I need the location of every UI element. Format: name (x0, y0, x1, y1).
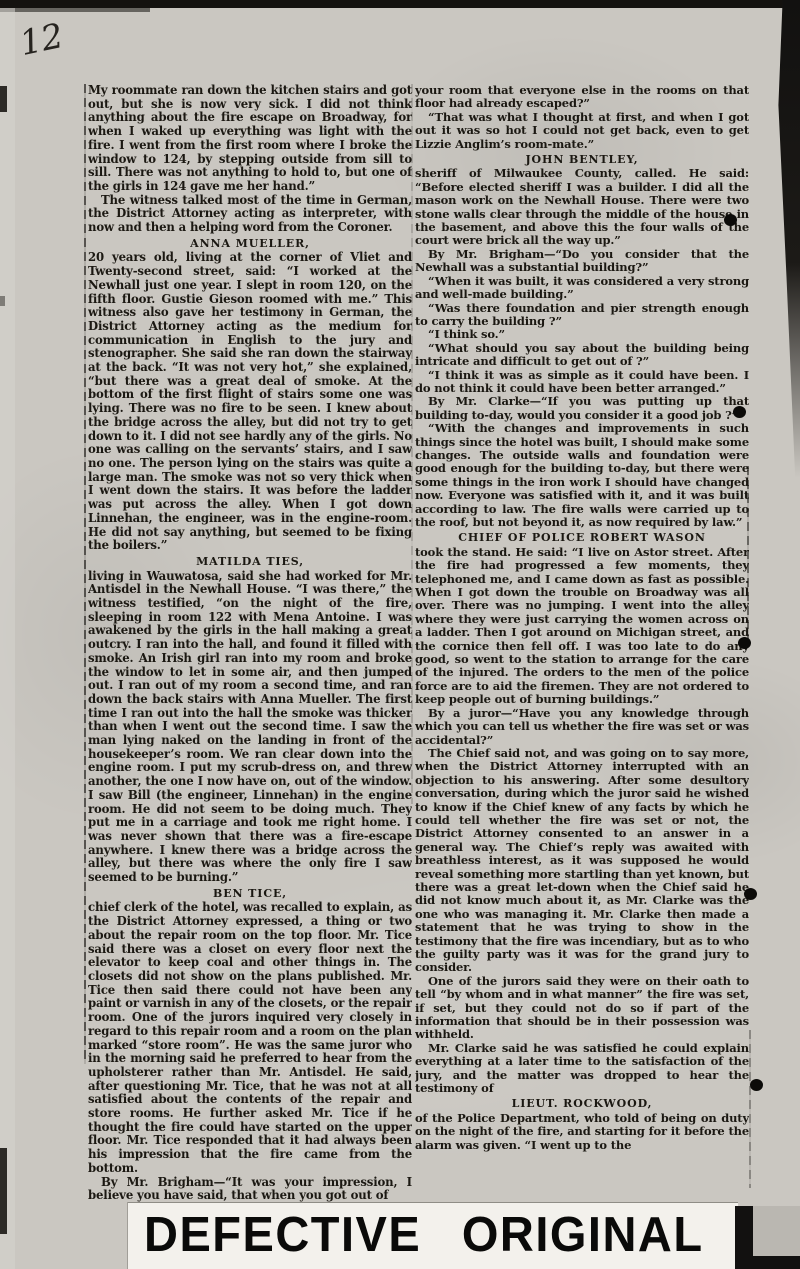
ink-dot (738, 637, 751, 649)
handwritten-page-number: 12 (16, 16, 67, 64)
scanned-newspaper-page: 12 My roommate ran down the kitchen stai… (0, 0, 800, 1269)
scan-corner-patch (753, 1206, 800, 1256)
section-heading-anna-mueller: ANNA MUELLER, (88, 237, 412, 251)
column-rule-right-lower (749, 1030, 751, 1188)
ink-dot (744, 888, 757, 900)
paragraph: chief clerk of the hotel, was recalled t… (88, 901, 412, 1175)
right-column: your room that everyone else in the room… (415, 84, 749, 1194)
banner-stamp-text: DEFECTIVE ORIGINAL (144, 1205, 704, 1263)
paragraph: By a juror—“Have you any knowledge throu… (415, 707, 749, 747)
paragraph: living in Wauwatosa, said she had worked… (88, 570, 412, 885)
paragraph: “With the changes and improvements in su… (415, 422, 749, 529)
paragraph: “What should you say about the building … (415, 342, 749, 369)
column-rule-left (84, 84, 86, 1064)
paragraph: took the stand. He said: “I live on Asto… (415, 546, 749, 707)
paragraph: By Mr. Brigham—“Do you consider that the… (415, 248, 749, 275)
defective-original-banner: DEFECTIVE ORIGINAL (128, 1202, 738, 1269)
paragraph: “I think so.” (415, 328, 749, 341)
paragraph: Mr. Clarke said he was satisfied he coul… (415, 1042, 749, 1096)
scan-corner-mark-horizontal (735, 1256, 800, 1269)
edge-mark (0, 86, 7, 112)
paragraph: The Chief said not, and was going on to … (415, 747, 749, 975)
ink-dot (750, 1079, 763, 1091)
scan-top-edge (0, 0, 800, 8)
scan-top-edge-fragment (0, 8, 150, 12)
section-heading-chief-wason: CHIEF OF POLICE ROBERT WASON (415, 531, 749, 544)
ink-dot (724, 214, 737, 226)
paragraph: The witness talked most of the time in G… (88, 194, 412, 235)
scan-left-margin (0, 8, 15, 1269)
paragraph: “Was there foundation and pier strength … (415, 302, 749, 329)
paragraph: your room that everyone else in the room… (415, 84, 749, 111)
paragraph: My roommate ran down the kitchen stairs … (88, 84, 412, 194)
section-heading-lieut-rockwood: LIEUT. ROCKWOOD, (415, 1097, 749, 1110)
section-heading-ben-tice: BEN TICE, (88, 887, 412, 901)
paragraph: “That was what I thought at first, and w… (415, 111, 749, 151)
scan-right-edge-shadow (770, 0, 800, 478)
paragraph: By Mr. Brigham—“It was your impression, … (88, 1176, 412, 1203)
paragraph: One of the jurors said they were on thei… (415, 975, 749, 1042)
section-heading-john-bentley: JOHN BENTLEY, (415, 153, 749, 166)
paragraph: of the Police Department, who told of be… (415, 1112, 749, 1152)
paragraph: By Mr. Clarke—“If you was putting up tha… (415, 395, 749, 422)
paragraph: “When it was built, it was considered a … (415, 275, 749, 302)
section-heading-matilda-ties: MATILDA TIES, (88, 555, 412, 569)
left-column: My roommate ran down the kitchen stairs … (88, 84, 412, 1204)
paragraph: 20 years old, living at the corner of Vl… (88, 251, 412, 552)
paragraph: “I think it was as simple as it could ha… (415, 369, 749, 396)
edge-mark (0, 1148, 7, 1234)
edge-mark (0, 296, 5, 306)
ink-dot (733, 406, 746, 418)
paragraph: sheriff of Milwaukee County, called. He … (415, 167, 749, 247)
